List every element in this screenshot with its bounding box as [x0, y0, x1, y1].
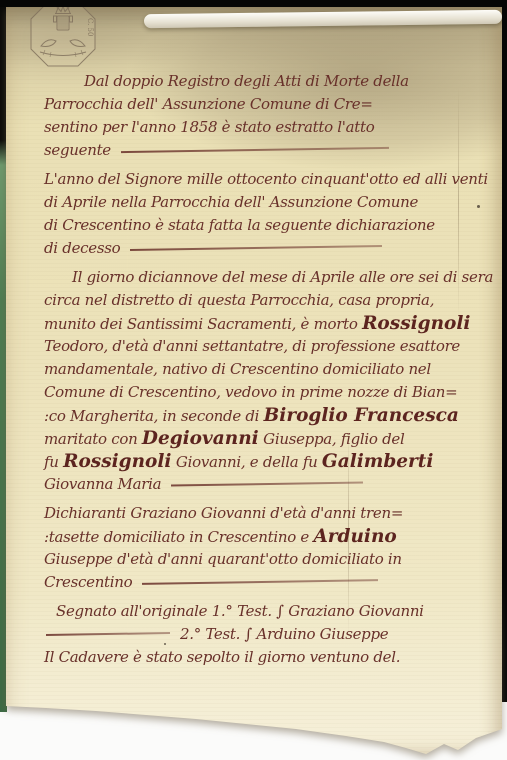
manuscript-line: di decesso: [44, 237, 488, 260]
surname-text: Rossignoli: [362, 313, 470, 334]
line-text: :tasette domiciliato in Crescentino e: [44, 528, 313, 546]
ink-flourish-rule: [46, 632, 170, 636]
manuscript-line: L'anno del Signore mille ottocento cinqu…: [44, 168, 488, 191]
manuscript-line: munito dei Santissimi Sacramenti, è mort…: [44, 312, 488, 335]
ink-flourish-rule: [130, 245, 382, 251]
manuscript-line: :tasette domiciliato in Crescentino e Ar…: [44, 525, 488, 548]
stamp-denomination-text: C. 50: [86, 18, 94, 36]
photo-right-edge: [502, 0, 507, 652]
ink-flourish-rule: [142, 579, 378, 585]
line-text: mandamentale, nativo di Crescentino domi…: [44, 360, 431, 378]
surname-text: Arduino: [313, 526, 396, 547]
line-text: Il Cadavere è stato sepolto il giorno ve…: [44, 648, 400, 666]
line-text: Teodoro, d'età d'anni settantatre, di pr…: [44, 337, 460, 355]
surname-text: Biroglio Francesca: [264, 405, 459, 426]
manuscript-line: Crescentino: [44, 571, 488, 594]
ink-flourish-rule: [171, 481, 363, 486]
ink-flourish-rule: [121, 147, 389, 153]
surname-text: Degiovanni: [142, 428, 259, 449]
manuscript-line: Giuseppe d'età d'anni quarant'otto domic…: [44, 548, 488, 571]
manuscript-line: Teodoro, d'età d'anni settantatre, di pr…: [44, 335, 488, 358]
manuscript-line: Segnato all'originale 1.° Test. ∫ Grazia…: [44, 600, 488, 623]
line-text: fu: [44, 453, 63, 471]
manuscript-line: :co Margherita, in seconde di Biroglio F…: [44, 404, 488, 427]
manuscript-line: circa nel distretto di questa Parrocchia…: [44, 289, 488, 312]
line-text: Giovanna Maria: [44, 475, 161, 493]
surname-text: Rossignoli: [63, 451, 171, 472]
line-text: Giuseppa, figlio del: [259, 430, 405, 448]
line-text: seguente: [44, 141, 111, 159]
line-text: Giovanni, e della fu: [171, 453, 321, 471]
line-text: Il giorno diciannove del mese di Aprile …: [72, 268, 493, 286]
line-text: Dal doppio Registro degli Atti di Morte …: [84, 72, 409, 90]
surname-text: Galimberti: [322, 451, 433, 472]
manuscript-line: maritato con Degiovanni Giuseppa, figlio…: [44, 427, 488, 450]
line-text: sentino per l'anno 1858 è stato estratto…: [44, 118, 374, 136]
manuscript-line: sentino per l'anno 1858 è stato estratto…: [44, 116, 488, 139]
manuscript-line: Giovanna Maria: [44, 473, 488, 496]
manuscript-line: Dichiaranti Graziano Giovanni d'età d'an…: [44, 502, 488, 525]
line-text: di Crescentino è stata fatta la seguente…: [44, 216, 435, 234]
manuscript-line: Il giorno diciannove del mese di Aprile …: [44, 266, 488, 289]
line-text: Crescentino: [44, 573, 132, 591]
line-text: Parrocchia dell' Assunzione Comune di Cr…: [44, 95, 373, 113]
manuscript-text: Dal doppio Registro degli Atti di Morte …: [44, 70, 488, 669]
line-text: Comune di Crescentino, vedovo in prime n…: [44, 383, 457, 401]
line-text: di Aprile nella Parrocchia dell' Assunzi…: [44, 193, 418, 211]
manuscript-line: fu Rossignoli Giovanni, e della fu Galim…: [44, 450, 488, 473]
photo-top-edge: [0, 0, 507, 7]
line-text: munito dei Santissimi Sacramenti, è mort…: [44, 315, 362, 333]
manuscript-line: mandamentale, nativo di Crescentino domi…: [44, 358, 488, 381]
line-text: circa nel distretto di questa Parrocchia…: [44, 291, 434, 309]
stamp-graphic: C. 50: [29, 0, 97, 68]
line-text: maritato con: [44, 430, 142, 448]
manuscript-line: Il Cadavere è stato sepolto il giorno ve…: [44, 646, 488, 669]
line-text: :co Margherita, in seconde di: [44, 407, 264, 425]
line-text: Dichiaranti Graziano Giovanni d'età d'an…: [44, 504, 403, 522]
manuscript-line: Dal doppio Registro degli Atti di Morte …: [44, 70, 488, 93]
line-text: 2.° Test. ∫ Arduino Giuseppe: [180, 625, 388, 643]
manuscript-line: Parrocchia dell' Assunzione Comune di Cr…: [44, 93, 488, 116]
manuscript-line: seguente: [44, 139, 488, 162]
line-text: L'anno del Signore mille ottocento cinqu…: [44, 170, 488, 188]
manuscript-line: Comune di Crescentino, vedovo in prime n…: [44, 381, 488, 404]
manuscript-line: 2.° Test. ∫ Arduino Giuseppe: [44, 623, 488, 646]
line-text: Giuseppe d'età d'anni quarant'otto domic…: [44, 550, 402, 568]
manuscript-line: di Crescentino è stata fatta la seguente…: [44, 214, 488, 237]
line-text: di decesso: [44, 239, 120, 257]
line-text: Segnato all'originale 1.° Test. ∫ Grazia…: [56, 602, 424, 620]
manuscript-line: di Aprile nella Parrocchia dell' Assunzi…: [44, 191, 488, 214]
revenue-stamp: C. 50: [29, 0, 97, 68]
paper-fold-crease: [144, 10, 502, 28]
document-photo: C. 50 Dal doppio Registro degli Atti di …: [0, 0, 507, 760]
